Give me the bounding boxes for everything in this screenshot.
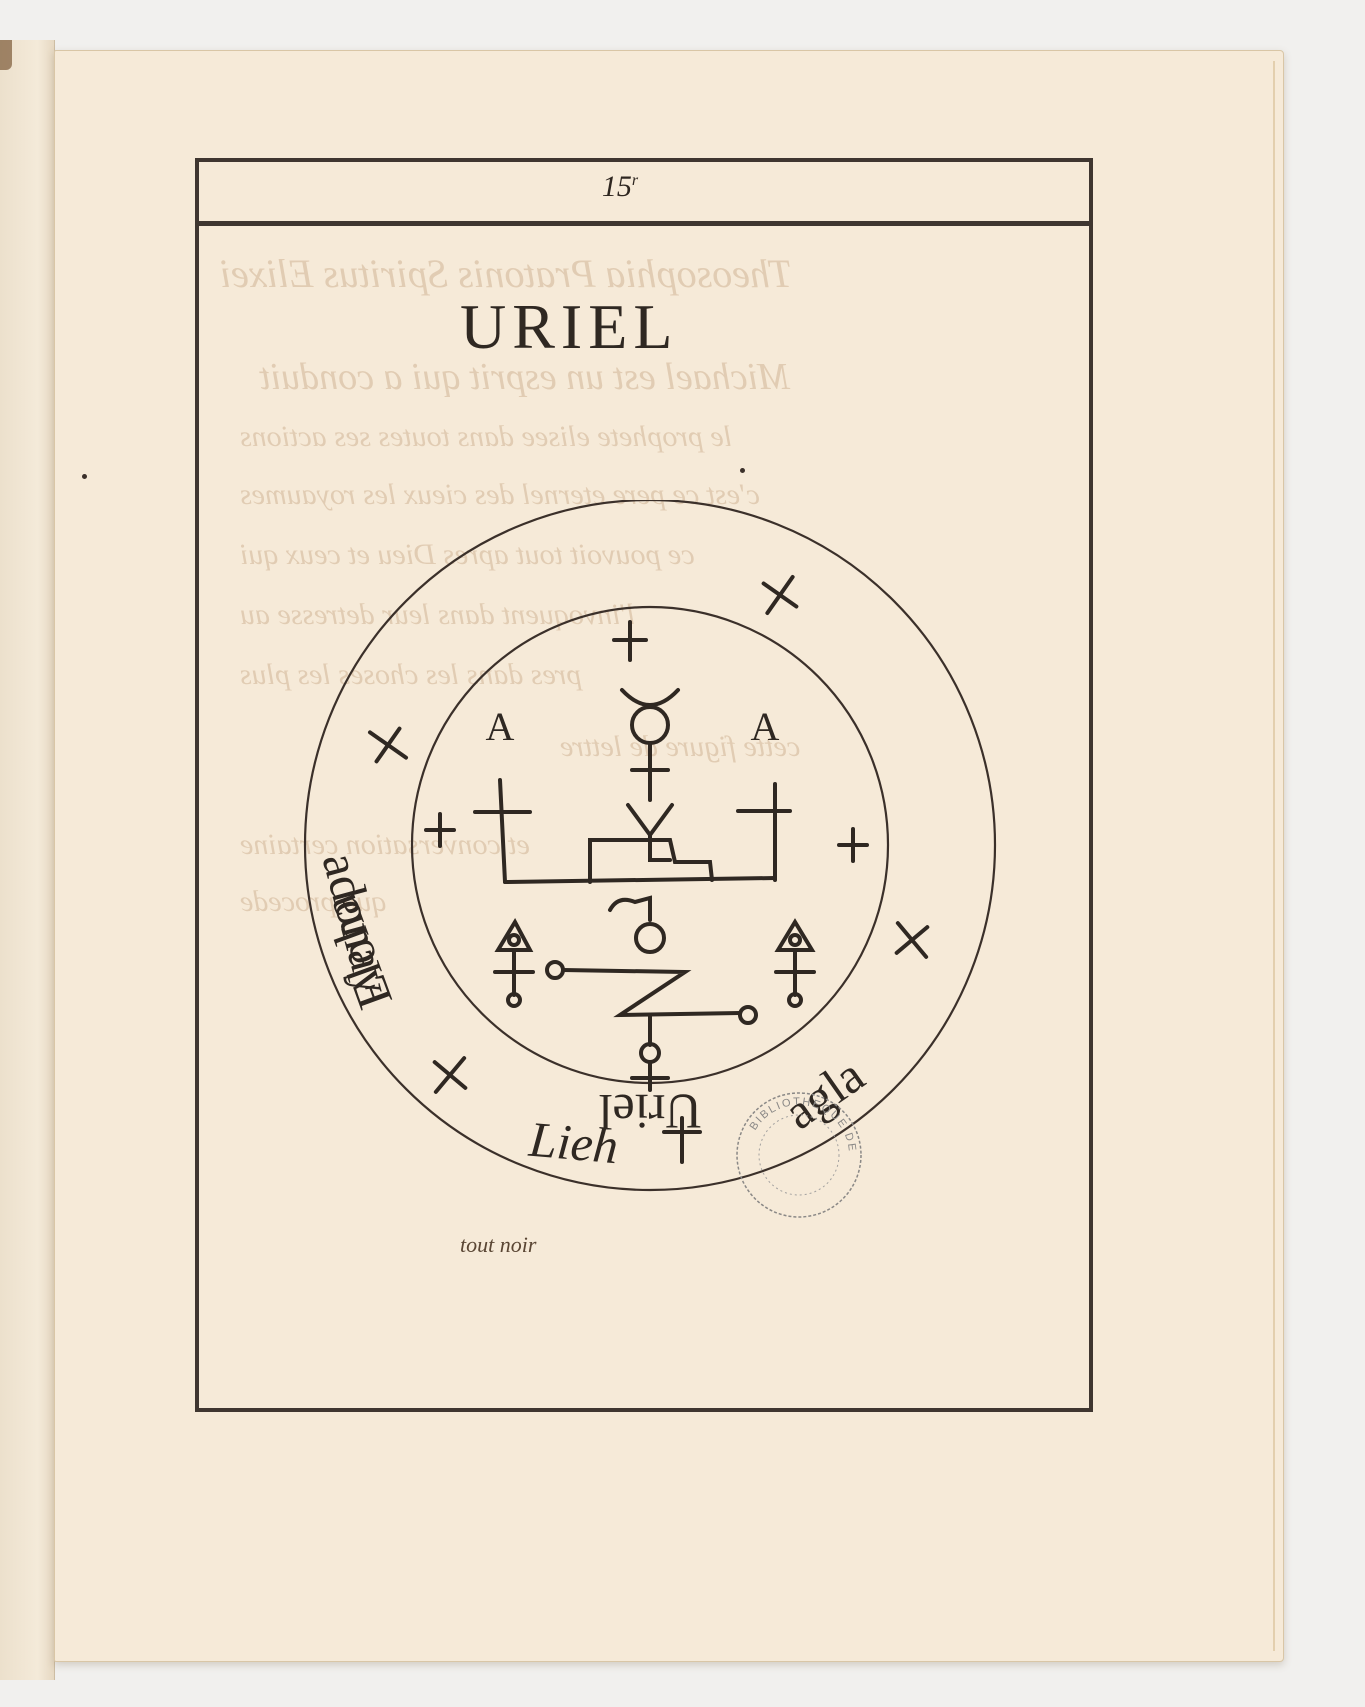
folio-number: 15r xyxy=(590,170,650,204)
svg-text:BIBLIOTHEQUE DE: BIBLIOTHEQUE DE xyxy=(748,1096,859,1154)
inner-letter-a-left: A xyxy=(486,704,515,749)
page-edge xyxy=(1273,61,1275,1651)
facing-page-edge xyxy=(0,40,55,1680)
binding-stain xyxy=(0,40,12,70)
frame-header-divider xyxy=(195,221,1093,226)
page-title: URIEL xyxy=(460,290,678,364)
ring-text-lieh: Lieh xyxy=(526,1111,620,1175)
library-stamp: BIBLIOTHEQUE DE xyxy=(734,1090,864,1220)
inner-letter-a-right: A xyxy=(751,704,780,749)
ink-dot xyxy=(82,474,87,479)
margin-note: tout noir xyxy=(460,1232,536,1258)
ink-dot xyxy=(740,468,745,473)
uriel-seal: Uriel Eloha agla Lieh adonay xyxy=(300,500,1000,1200)
